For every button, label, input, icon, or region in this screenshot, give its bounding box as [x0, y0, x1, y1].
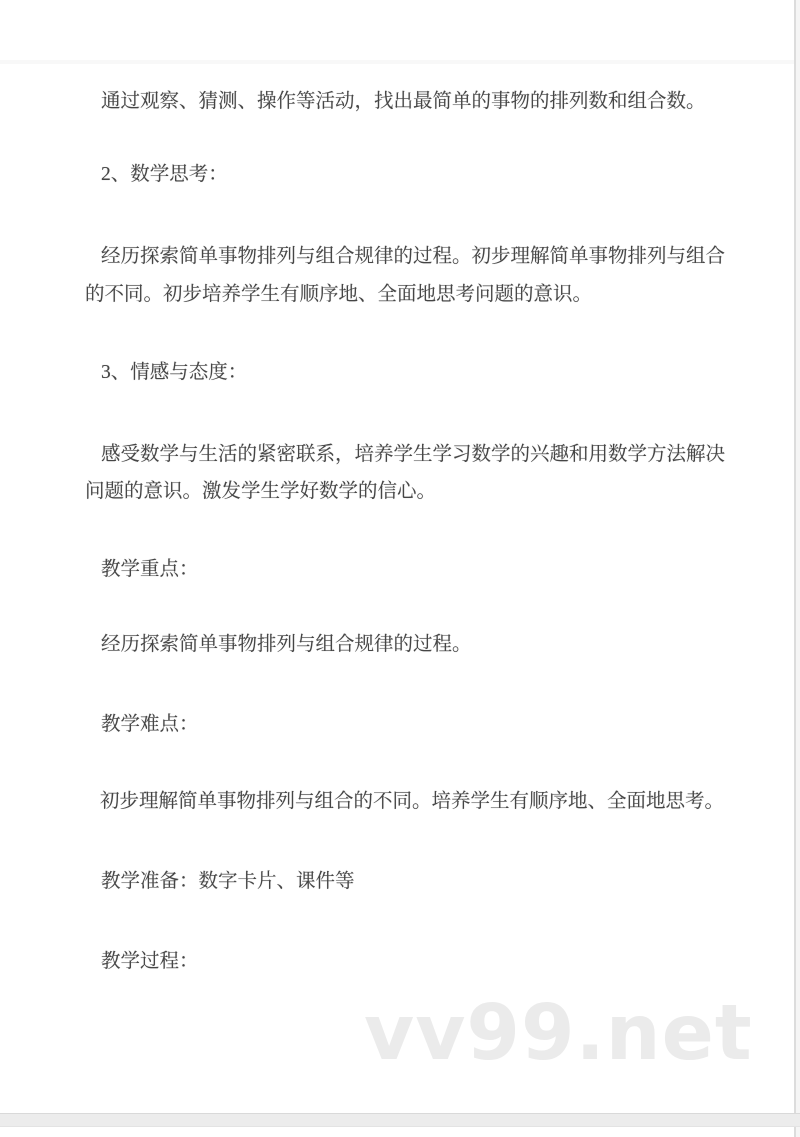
- section-heading: 教学过程：: [101, 950, 199, 973]
- paragraph-line: 的不同。初步培养学生有顺序地、全面地思考问题的意识。: [85, 283, 592, 306]
- page-separator-band: [0, 1113, 800, 1127]
- paragraph-line: 经历探索简单事物排列与组合规律的过程。: [101, 633, 472, 656]
- section-heading: 教学难点：: [101, 713, 199, 736]
- document-page: 通过观察、猜测、操作等活动，找出最简单的事物的排列数和组合数。 2、数学思考： …: [0, 0, 800, 1137]
- section-heading: 教学重点：: [101, 558, 199, 581]
- paragraph-line: 感受数学与生活的紧密联系，培养学生学习数学的兴趣和用数学方法解决: [101, 443, 725, 466]
- paragraph-line: 教学准备：数字卡片、课件等: [101, 870, 355, 893]
- section-heading: 3、情感与态度：: [101, 361, 247, 384]
- section-heading: 2、数学思考：: [101, 163, 228, 186]
- watermark: vv99.net: [364, 995, 753, 1072]
- paragraph-line: 经历探索简单事物排列与组合规律的过程。初步理解简单事物排列与组合: [101, 245, 725, 268]
- paragraph-line: 通过观察、猜测、操作等活动，找出最简单的事物的排列数和组合数。: [101, 90, 706, 113]
- scan-top-edge: [0, 60, 800, 64]
- paragraph-line: 问题的意识。激发学生学好数学的信心。: [85, 480, 436, 503]
- page-right-edge: [794, 0, 796, 1137]
- page-right-gutter: [796, 0, 800, 1137]
- paragraph-line: 初步理解简单事物排列与组合的不同。培养学生有顺序地、全面地思考。: [100, 790, 724, 813]
